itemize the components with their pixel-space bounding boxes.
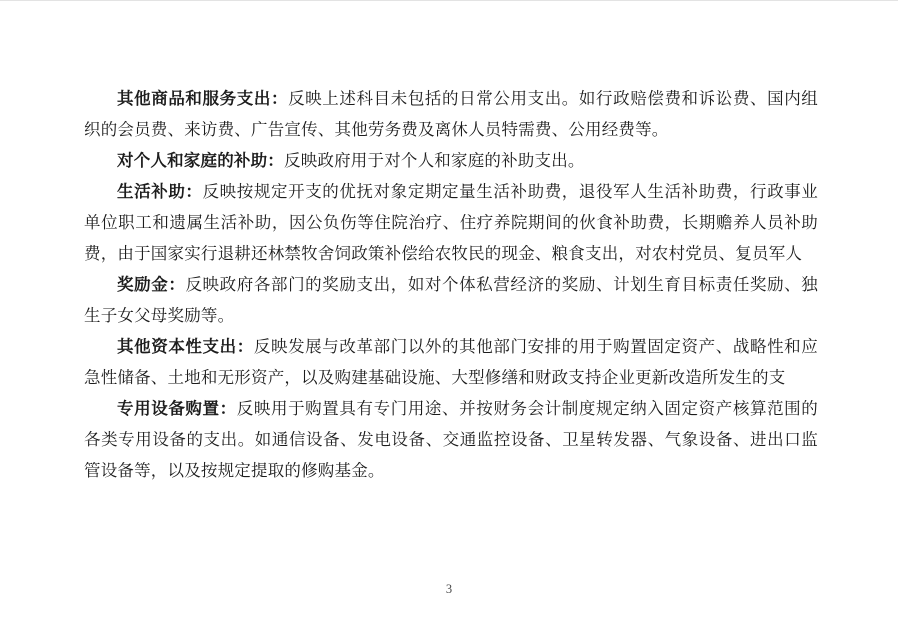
text-line: 其他资本性支出：反映发展与改革部门以外的其他部门安排的用于购置固定资产、战略性和… [84, 331, 818, 362]
document-body: 其他商品和服务支出：反映上述科目未包括的日常公用支出。如行政赔偿费和诉讼费、国内… [84, 83, 818, 486]
text-line: 专用设备购置：反映用于购置具有专门用途、并按财务会计制度规定纳入固定资产核算范围… [84, 393, 818, 424]
text-line: 生活补助：反映按规定开支的优抚对象定期定量生活补助费，退役军人生活补助费，行政事… [84, 176, 818, 207]
paragraph: 奖励金：反映政府各部门的奖励支出，如对个体私营经济的奖励、计划生育目标责任奖励、… [84, 269, 818, 331]
paragraph: 其他商品和服务支出：反映上述科目未包括的日常公用支出。如行政赔偿费和诉讼费、国内… [84, 83, 818, 145]
paragraph-lead: 对个人和家庭的补助： [117, 151, 284, 170]
paragraph: 生活补助：反映按规定开支的优抚对象定期定量生活补助费，退役军人生活补助费，行政事… [84, 176, 818, 269]
text-line: 各类专用设备的支出。如通信设备、发电设备、交通监控设备、卫星转发器、气象设备、进… [84, 424, 818, 455]
text-line: 奖励金：反映政府各部门的奖励支出，如对个体私营经济的奖励、计划生育目标责任奖励、… [84, 269, 818, 300]
page-number: 3 [0, 581, 898, 597]
paragraph: 专用设备购置：反映用于购置具有专门用途、并按财务会计制度规定纳入固定资产核算范围… [84, 393, 818, 486]
paragraph-lead: 其他商品和服务支出： [117, 89, 288, 108]
paragraph-lead: 生活补助： [117, 182, 203, 201]
text-line: 织的会员费、来访费、广告宣传、其他劳务费及离休人员特需费、公用经费等。 [84, 114, 818, 145]
text-line: 对个人和家庭的补助：反映政府用于对个人和家庭的补助支出。 [84, 145, 818, 176]
paragraph-lead: 奖励金： [117, 275, 185, 294]
document-page: 其他商品和服务支出：反映上述科目未包括的日常公用支出。如行政赔偿费和诉讼费、国内… [0, 0, 898, 636]
text-line: 急性储备、土地和无形资产，以及购建基础设施、大型修缮和财政支持企业更新改造所发生… [84, 362, 818, 393]
paragraph-lead: 其他资本性支出： [117, 337, 254, 356]
text-line: 单位职工和遗属生活补助，因公负伤等住院治疗、住疗养院期间的伙食补助费，长期赡养人… [84, 207, 818, 238]
paragraph: 其他资本性支出：反映发展与改革部门以外的其他部门安排的用于购置固定资产、战略性和… [84, 331, 818, 393]
text-line: 管设备等，以及按规定提取的修购基金。 [84, 455, 818, 486]
text-line: 其他商品和服务支出：反映上述科目未包括的日常公用支出。如行政赔偿费和诉讼费、国内… [84, 83, 818, 114]
text-line: 生子女父母奖励等。 [84, 300, 818, 331]
paragraph: 对个人和家庭的补助：反映政府用于对个人和家庭的补助支出。 [84, 145, 818, 176]
paragraph-lead: 专用设备购置： [117, 399, 237, 418]
text-line: 费，由于国家实行退耕还林禁牧舍饲政策补偿给农牧民的现金、粮食支出，对农村党员、复… [84, 238, 818, 269]
